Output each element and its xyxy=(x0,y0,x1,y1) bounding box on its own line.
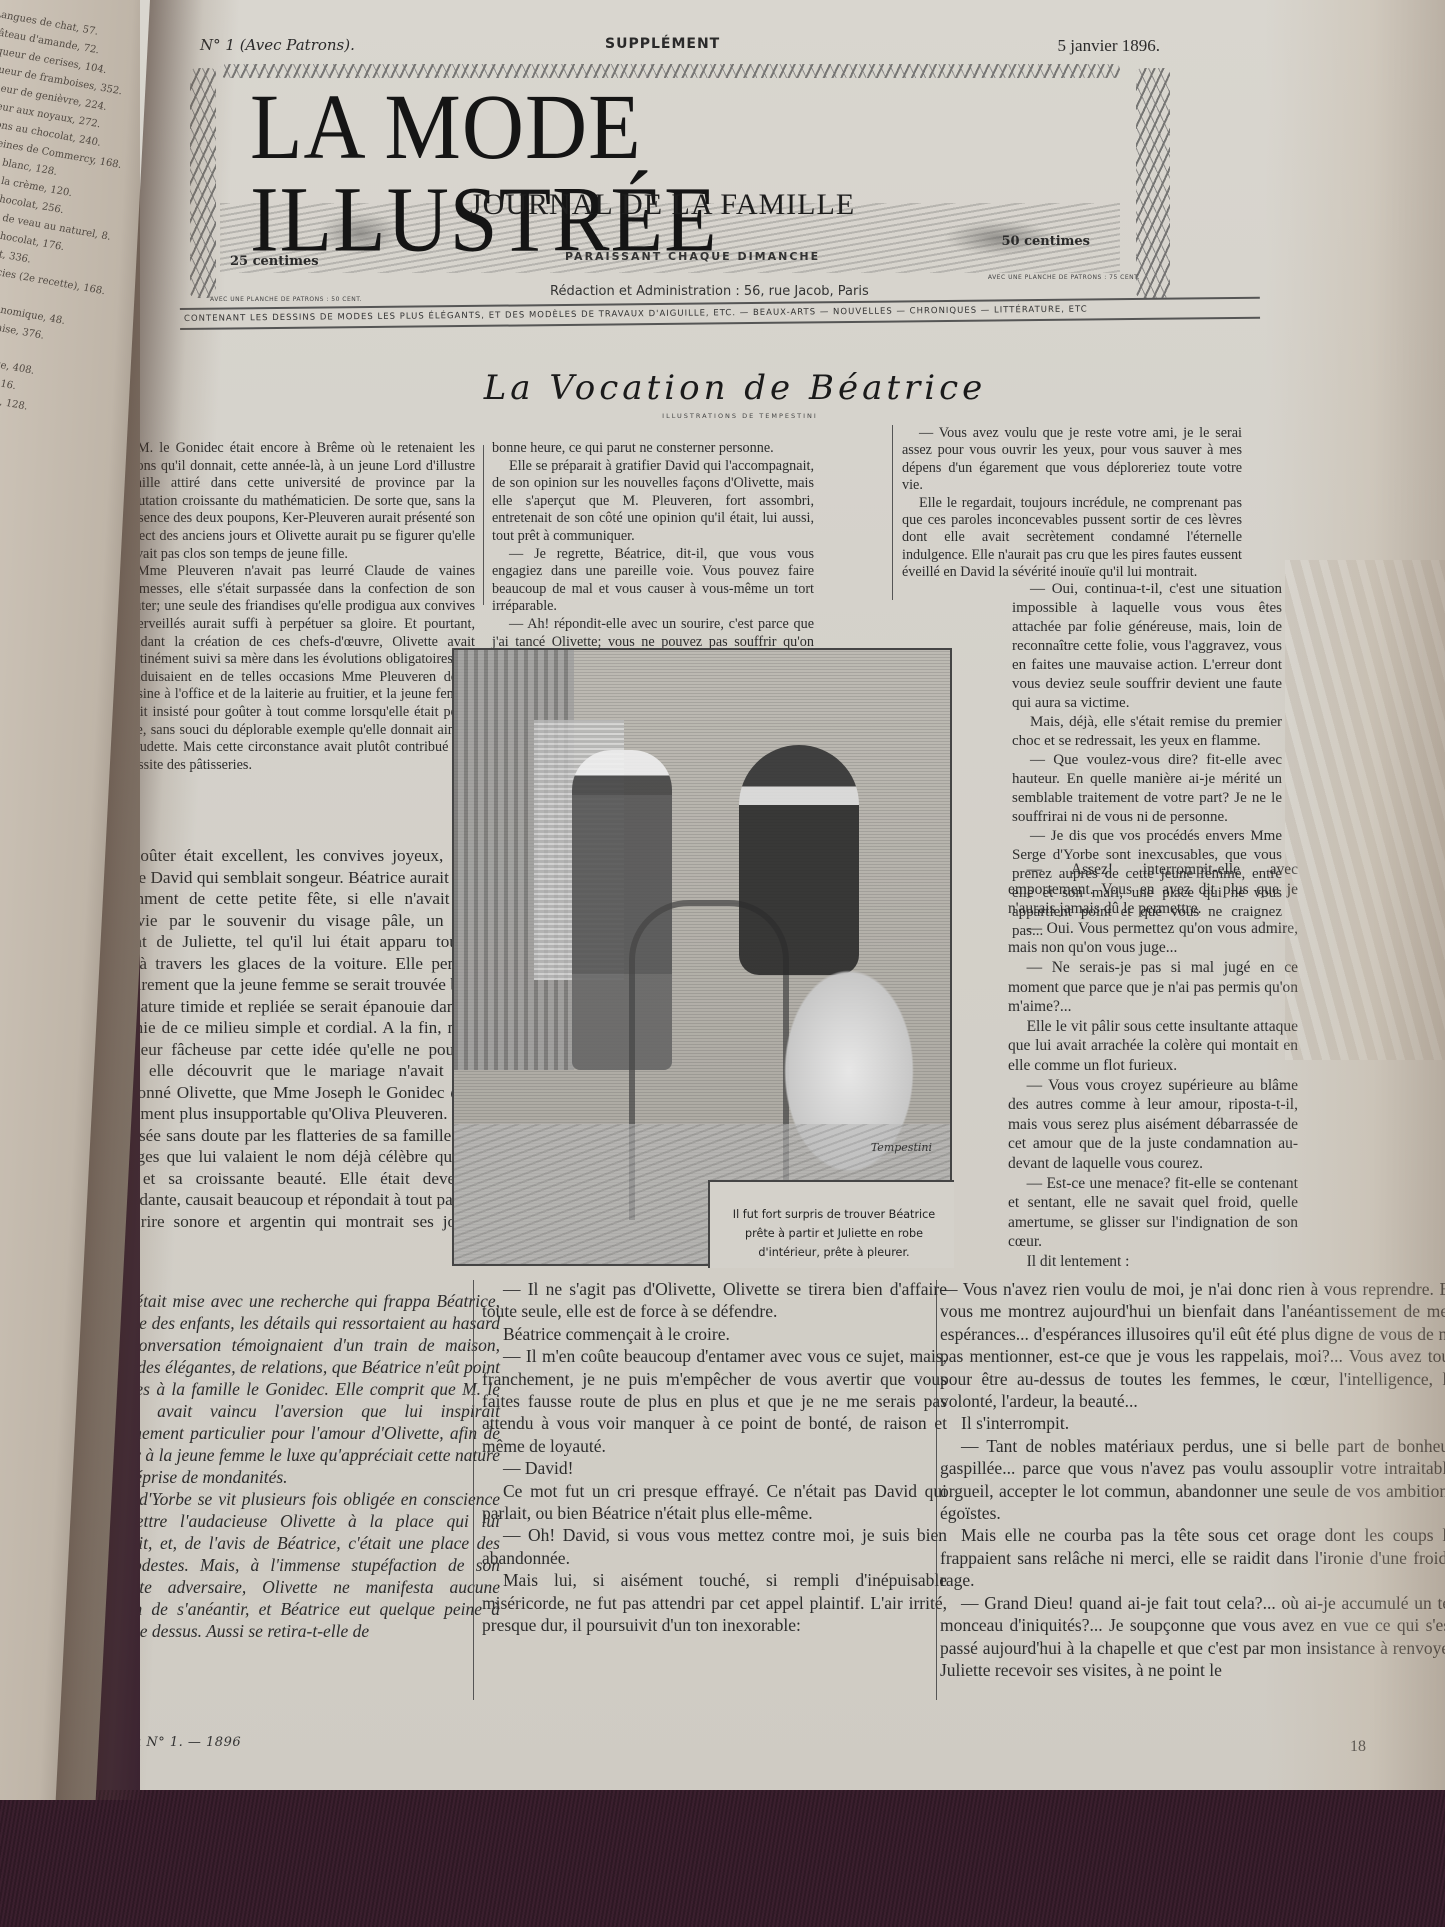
paragraph: — Il ne s'agit pas d'Olivette, Olivette … xyxy=(482,1278,947,1323)
paragraph: — Est-ce une menace? fit-elle se contena… xyxy=(1008,1174,1298,1252)
column-1-bottom: Son aplomb encore gracieux trahissait un… xyxy=(140,1290,500,1642)
column-5: — Vous n'avez rien voulu de moi, je n'ai… xyxy=(940,1278,1445,1681)
masthead: N° 1 (Avec Patrons). SUPPLÉMENT 5 janvie… xyxy=(180,28,1180,338)
paragraph: — Vous vous croyez supérieure au blâme d… xyxy=(1008,1076,1298,1174)
paragraph: — Oh! David, si vous vous mettez contre … xyxy=(482,1524,947,1569)
issue-date: 5 janvier 1896. xyxy=(1058,36,1160,56)
paragraph: — Il m'en coûte beaucoup d'entamer avec … xyxy=(482,1345,947,1457)
paragraph: Béatrice commençait à le croire. xyxy=(482,1323,947,1345)
paragraph: Mlle d'Yorbe se vit plusieurs fois oblig… xyxy=(140,1488,500,1642)
paragraph: Elle se préparait à gratifier David qui … xyxy=(492,458,814,546)
price-right: 50 centimes xyxy=(1001,234,1090,249)
paragraph: — David! xyxy=(482,1457,947,1479)
paragraph: — Vous n'avez rien voulu de moi, je n'ai… xyxy=(940,1278,1445,1412)
paragraph: — Que voulez-vous dire? fit-elle avec ha… xyxy=(1012,751,1282,827)
column-rule xyxy=(473,1280,474,1700)
paragraph: — Tant de nobles matériaux perdus, une s… xyxy=(940,1435,1445,1525)
paper-crease-texture xyxy=(1285,560,1445,1060)
price-left: 25 centimes xyxy=(230,254,319,269)
engraving-illustration: Tempestini xyxy=(452,648,952,1266)
article-title: La Vocation de Béatrice xyxy=(455,368,1015,408)
paragraph: Il s'interrompit. xyxy=(940,1412,1445,1434)
paragraph: M. le Gonidec était encore à Brême où le… xyxy=(140,440,475,563)
publication-title: LA MODE ILLUSTRÉE xyxy=(250,80,1130,266)
newspaper-page: N° 1 (Avec Patrons). SUPPLÉMENT 5 janvie… xyxy=(140,0,1445,1790)
paragraph: Mme Pleuveren n'avait pas leurré Claude … xyxy=(140,563,475,774)
column-1-middle: Le goûter était excellent, les convives … xyxy=(140,845,480,1254)
masthead-top-line: N° 1 (Avec Patrons). SUPPLÉMENT 5 janvie… xyxy=(200,36,1160,60)
paragraph: Mais, déjà, elle s'était remise du premi… xyxy=(1012,713,1282,751)
paragraph: Le goûter était excellent, les convives … xyxy=(140,845,480,1254)
publication-frequency: PARAISSANT CHAQUE DIMANCHE xyxy=(565,250,820,263)
issue-number: N° 1 (Avec Patrons). xyxy=(200,36,355,54)
paragraph: bonne heure, ce qui parut ne consterner … xyxy=(492,440,814,458)
column-1-top: M. le Gonidec était encore à Brême où le… xyxy=(140,440,475,774)
illustration-credit: ILLUSTRATIONS DE TEMPESTINI xyxy=(550,412,930,420)
supplement-label: SUPPLÉMENT xyxy=(605,36,720,52)
paragraph: — Assez! interrompit-elle avec emporteme… xyxy=(1008,860,1298,919)
floral-border-left xyxy=(190,68,216,298)
column-rule xyxy=(483,445,484,605)
footer-supplement-note: Supplément du N° 1. — 1896 xyxy=(140,1735,241,1750)
price-left-note: AVEC UNE PLANCHE DE PATRONS : 50 CENT. xyxy=(210,296,362,303)
column-4: — Il ne s'agit pas d'Olivette, Olivette … xyxy=(482,1278,947,1637)
paragraph: Elle le regardait, toujours incrédule, n… xyxy=(902,495,1242,582)
paragraph: — Grand Dieu! quand ai-je fait tout cela… xyxy=(940,1592,1445,1682)
paragraph: Elle le vit pâlir sous cette insultante … xyxy=(1008,1017,1298,1076)
column-rule xyxy=(892,425,893,600)
floral-border-right xyxy=(1136,68,1170,298)
column-3-lower: — Assez! interrompit-elle avec emporteme… xyxy=(1008,860,1298,1271)
paragraph: Mais elle ne courba pas la tête sous cet… xyxy=(940,1524,1445,1591)
page-number: 18 xyxy=(1350,1738,1366,1756)
paragraph: Mais lui, si aisément touché, si rempli … xyxy=(482,1569,947,1636)
editorial-address: Rédaction et Administration : 56, rue Ja… xyxy=(550,284,869,299)
paragraph: — Vous avez voulu que je reste votre ami… xyxy=(902,425,1242,495)
paragraph: — Je regrette, Béatrice, dit-il, que vou… xyxy=(492,546,814,616)
price-right-note: AVEC UNE PLANCHE DE PATRONS : 75 CENT. xyxy=(988,274,1140,281)
paragraph: Elle était mise avec une recherche qui f… xyxy=(140,1290,500,1488)
paragraph: — Ne serais-je pas si mal jugé en ce mom… xyxy=(1008,958,1298,1017)
artist-signature: Tempestini xyxy=(871,1141,932,1154)
column-2: bonne heure, ce qui parut ne consterner … xyxy=(492,440,814,669)
paragraph: Il dit lentement : xyxy=(1008,1252,1298,1272)
paragraph: — Oui, continua-t-il, c'est une situatio… xyxy=(1012,580,1282,713)
paragraph: — Oui. Vous permettez qu'on vous admire,… xyxy=(1008,919,1298,958)
paragraph: Ce mot fut un cri presque effrayé. Ce n'… xyxy=(482,1480,947,1525)
illustration-caption: Il fut fort surpris de trouver Béatrice … xyxy=(718,1205,950,1262)
table-cloth xyxy=(0,1790,1445,1927)
publication-subtitle: JOURNAL DE LA FAMILLE xyxy=(470,188,855,222)
column-3-top: — Vous avez voulu que je reste votre ami… xyxy=(902,425,1242,582)
